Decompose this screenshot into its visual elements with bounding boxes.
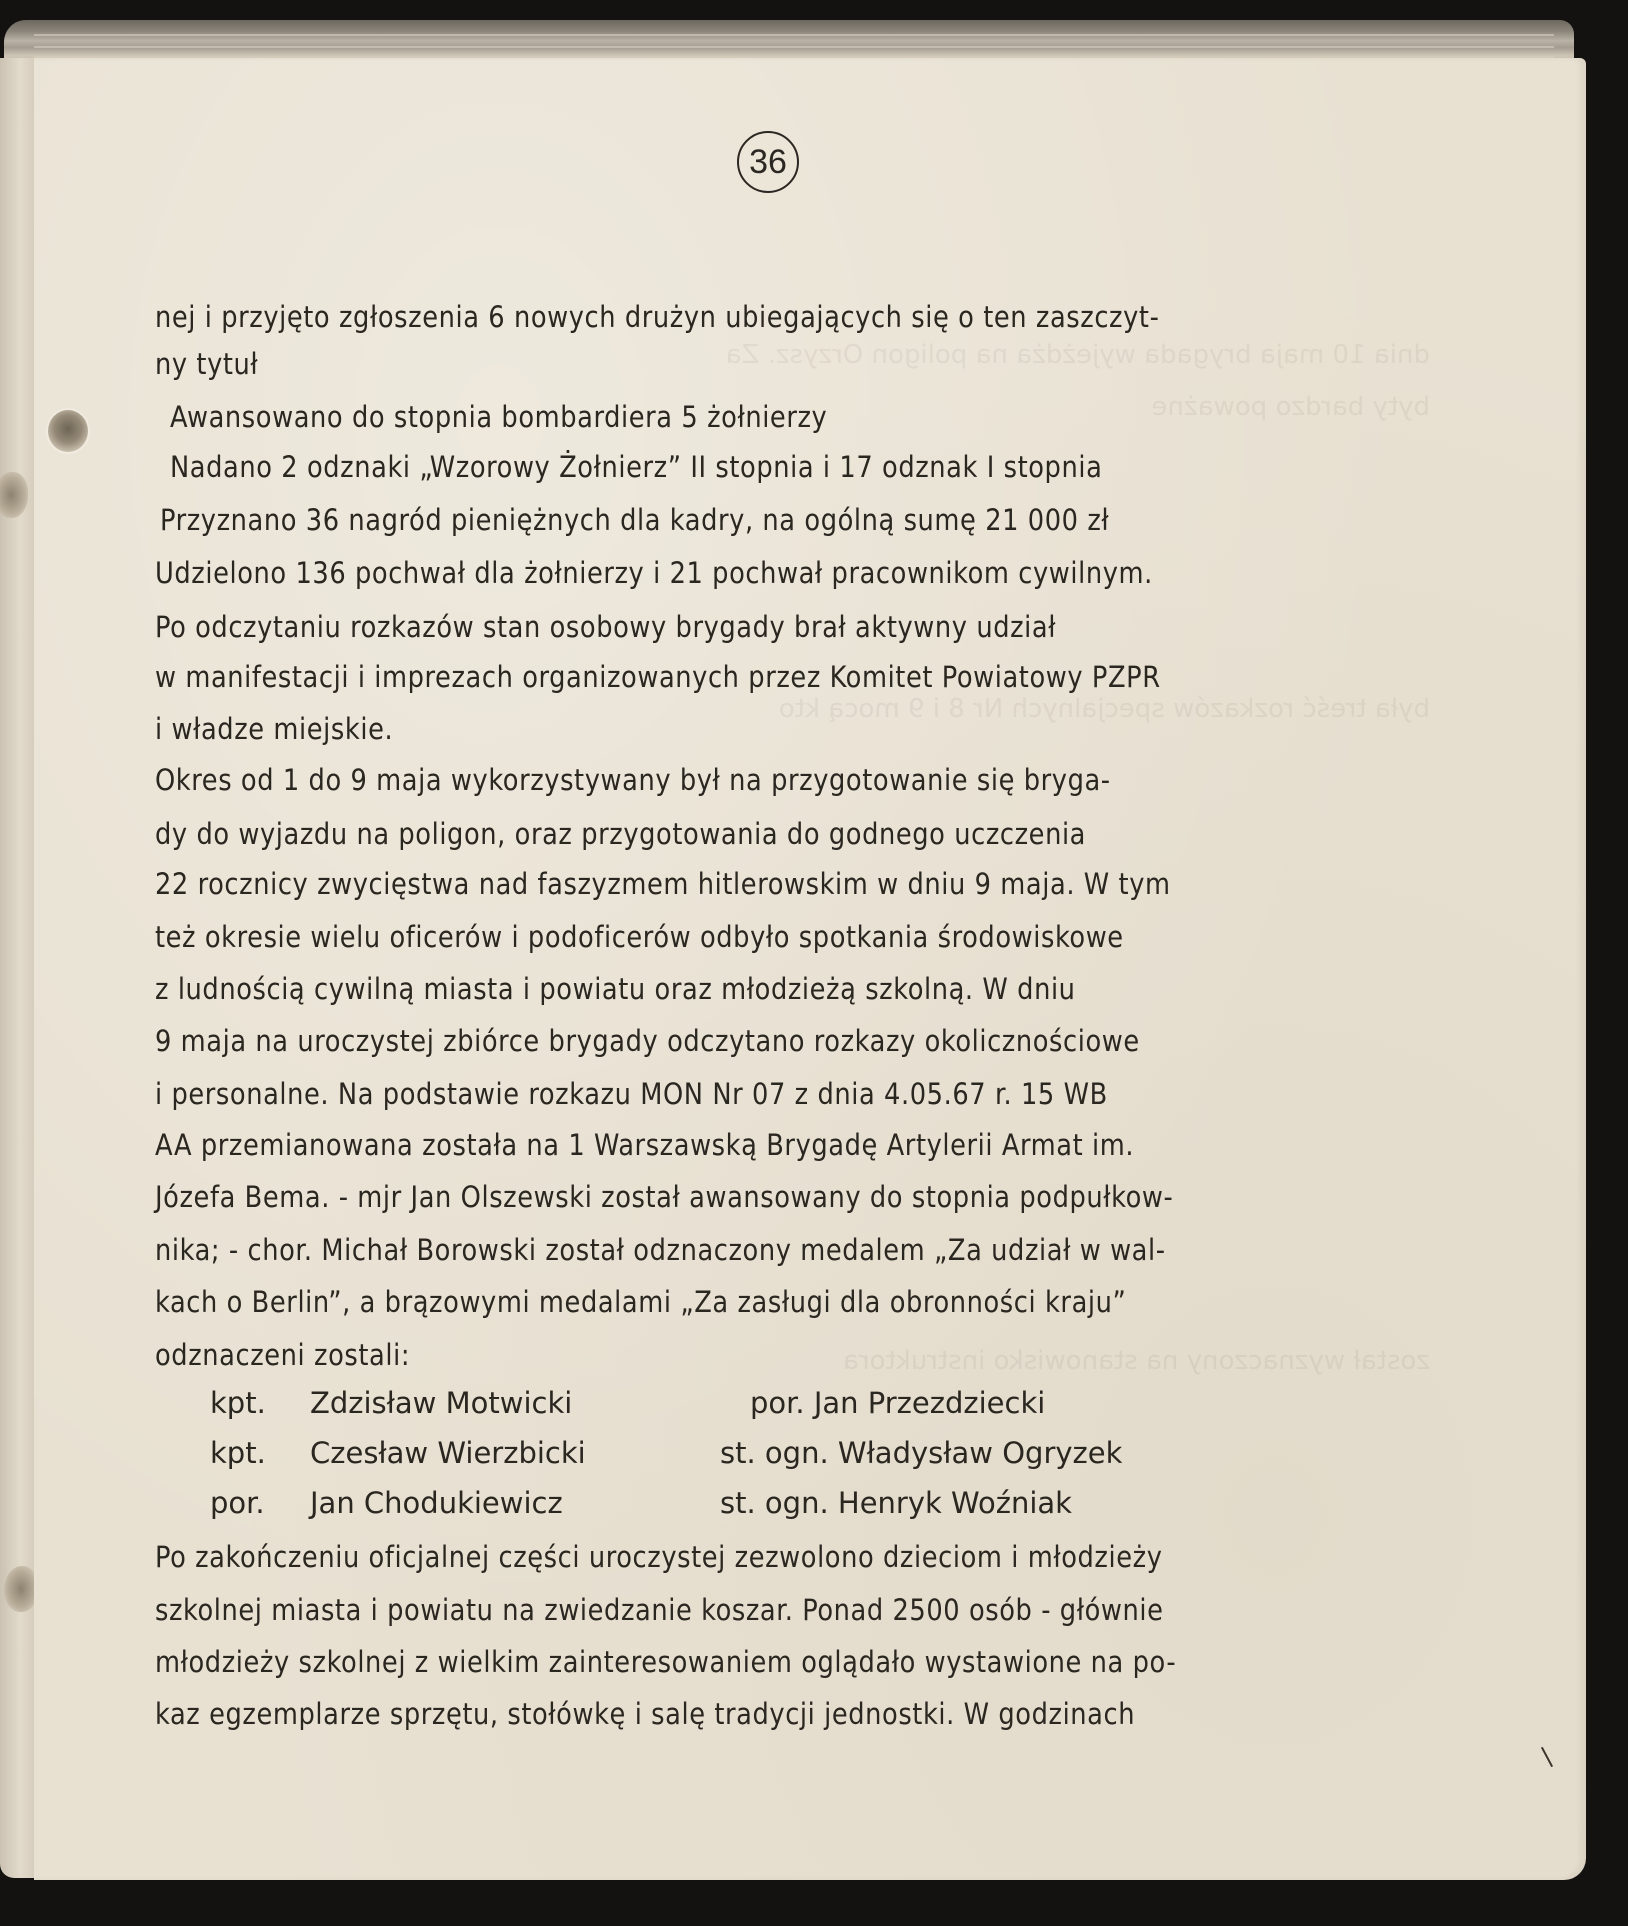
honoree-name: Jan Chodukiewicz [310, 1486, 720, 1520]
honoree-row: por.Jan Chodukiewiczst. ogn. Henryk Woźn… [210, 1486, 1072, 1520]
text-line: młodzieży szkolnej z wielkim zainteresow… [155, 1645, 1435, 1679]
text-line: Awansowano do stopnia bombardiera 5 żołn… [170, 400, 1450, 434]
honoree-name: Jan Przezdziecki [814, 1386, 1045, 1420]
honoree-name: Czesław Wierzbicki [310, 1436, 720, 1470]
page-number: 36 [737, 131, 799, 193]
punch-hole-icon [48, 410, 88, 452]
text-line: nika; - chor. Michał Borowski został odz… [155, 1233, 1435, 1267]
text-line: kach o Berlin”, a brązowymi medalami „Za… [155, 1285, 1435, 1319]
text-line: dy do wyjazdu na poligon, oraz przygotow… [155, 817, 1435, 851]
text-line: nej i przyjęto zgłoszenia 6 nowych druży… [155, 300, 1435, 334]
rank: por. [210, 1486, 310, 1520]
rank: st. ogn. [720, 1486, 829, 1520]
previous-page-sliver [0, 58, 35, 1878]
text-line: szkolnej miasta i powiatu na zwiedzanie … [155, 1593, 1435, 1627]
text-line: w manifestacji i imprezach organizowanyc… [155, 660, 1435, 694]
torn-punch-hole-icon [4, 1566, 38, 1612]
honoree-row: kpt.Zdzisław Motwickipor. Jan Przezdziec… [210, 1386, 1045, 1420]
honoree-row: kpt.Czesław Wierzbickist. ogn. Władysław… [210, 1436, 1122, 1470]
text-line: i personalne. Na podstawie rozkazu MON N… [155, 1077, 1435, 1111]
text-line: Przyznano 36 nagród pieniężnych dla kadr… [160, 503, 1440, 537]
rank: por. [750, 1386, 805, 1420]
text-line: 9 maja na uroczystej zbiórce brygady odc… [155, 1024, 1435, 1058]
text-line: 22 rocznicy zwycięstwa nad faszyzmem hit… [155, 867, 1435, 901]
text-line: Okres od 1 do 9 maja wykorzystywany był … [155, 763, 1435, 797]
honoree-name: Henryk Woźniak [838, 1486, 1072, 1520]
text-line: AA przemianowana została na 1 Warszawską… [155, 1128, 1435, 1162]
rank: kpt. [210, 1386, 310, 1420]
text-line: kaz egzemplarze sprzętu, stołówkę i salę… [155, 1697, 1435, 1731]
rank: kpt. [210, 1436, 310, 1470]
torn-punch-hole-icon [0, 472, 28, 518]
text-line: Józefa Bema. - mjr Jan Olszewski został … [155, 1180, 1435, 1214]
text-line: Nadano 2 odznaki „Wzorowy Żołnierz” II s… [170, 450, 1450, 484]
text-line: Po zakończeniu oficjalnej części uroczys… [155, 1540, 1435, 1574]
text-line: też okresie wielu oficerów i podoficerów… [155, 920, 1435, 954]
rank: st. ogn. [720, 1436, 829, 1470]
text-line: z ludnością cywilną miasta i powiatu ora… [155, 972, 1435, 1006]
text-line: ny tytuł [155, 347, 1435, 381]
text-line: Po odczytaniu rozkazów stan osobowy bryg… [155, 610, 1435, 644]
honoree-name: Zdzisław Motwicki [310, 1386, 750, 1420]
text-line: i władze miejskie. [155, 712, 1435, 746]
text-line: odznaczeni zostali: [155, 1338, 1435, 1372]
honoree-name: Władysław Ogryzek [838, 1436, 1123, 1470]
text-line: Udzielono 136 pochwał dla żołnierzy i 21… [155, 556, 1435, 590]
